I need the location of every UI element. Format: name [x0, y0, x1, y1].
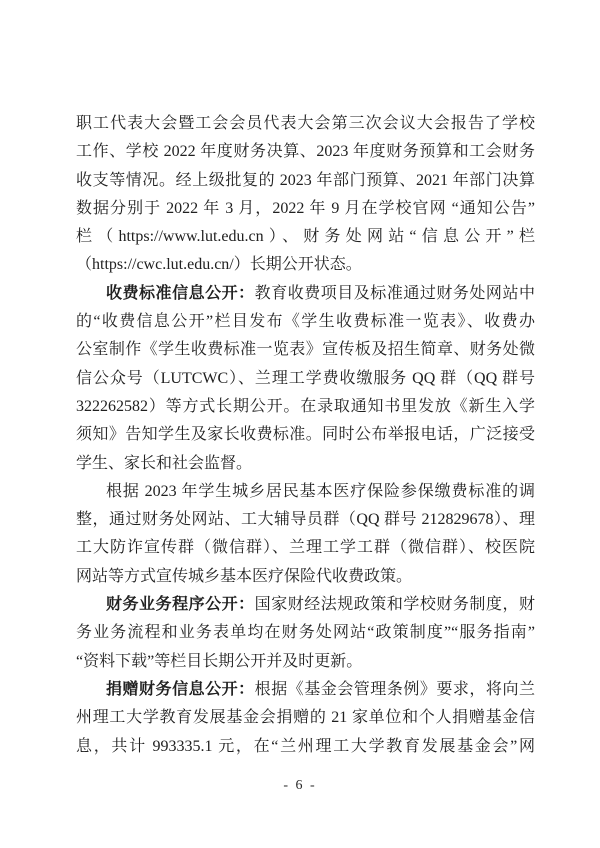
document-body: 职工代表大会暨工会会员代表大会第三次会议大会报告了学校工作、学校 2022 年度…	[76, 110, 535, 761]
text-line: 工作、学校 2022 年度财务决算、2023 年度财务预算和工会财务	[76, 138, 535, 166]
text-line: 信公众号（LUTCWC）、兰理工学费收缴服务 QQ 群（QQ 群号	[76, 365, 535, 393]
text-line: 务业务流程和业务表单均在财务处网站“政策制度”“服务指南”	[76, 619, 535, 647]
text-line: 收费标准信息公开：教育收费项目及标准通过财务处网站中	[76, 280, 535, 308]
text-line: 数据分别于 2022 年 3 月，2022 年 9 月在学校官网 “通知公告”	[76, 195, 535, 223]
text-line: 捐赠财务信息公开：根据《基金会管理条例》要求，将向兰	[76, 676, 535, 704]
paragraph-heading: 捐赠财务信息公开：	[106, 681, 255, 698]
text-line: 职工代表大会暨工会会员代表大会第三次会议大会报告了学校	[76, 110, 535, 138]
text-line: 公室制作《学生收费标准一览表》宣传板及招生简章、财务处微	[76, 336, 535, 364]
text-line: 栏（https://www.lut.edu.cn）、财务处网站“信息公开”栏	[76, 223, 535, 251]
text-line: 收支等情况。经上级批复的 2023 年部门预算、2021 年部门决算	[76, 167, 535, 195]
text-line: 的“收费信息公开”栏目发布《学生收费标准一览表》、收费办	[76, 308, 535, 336]
text-line: （https://cwc.lut.edu.cn/）长期公开状态。	[76, 251, 535, 279]
text-line: 学生、家长和社会监督。	[76, 450, 535, 478]
paragraph-heading: 收费标准信息公开：	[106, 285, 255, 302]
text-line: 州理工大学教育发展基金会捐赠的 21 家单位和个人捐赠基金信	[76, 704, 535, 732]
text-line: 整，通过财务处网站、工大辅导员群（QQ 群号 212829678）、理	[76, 506, 535, 534]
text-line: 根据 2023 年学生城乡居民基本医疗保险参保缴费标准的调	[76, 478, 535, 506]
text-line: 财务业务程序公开：国家财经法规政策和学校财务制度，财	[76, 591, 535, 619]
text-line: 网站等方式宣传城乡基本医疗保险代收费政策。	[76, 563, 535, 591]
text-line: 322262582）等方式长期公开。在录取通知书里发放《新生入学	[76, 393, 535, 421]
text-line: 须知》告知学生及家长收费标准。同时公布举报电话，广泛接受	[76, 421, 535, 449]
text-line: “资料下载”等栏目长期公开并及时更新。	[76, 648, 535, 676]
text-line: 工大防诈宣传群（微信群）、兰理工学工群（微信群）、校医院	[76, 534, 535, 562]
text-line: 息，共计 993335.1 元，在“兰州理工大学教育发展基金会”网	[76, 733, 535, 761]
paragraph-heading: 财务业务程序公开：	[106, 596, 255, 613]
document-page: 职工代表大会暨工会会员代表大会第三次会议大会报告了学校工作、学校 2022 年度…	[0, 0, 600, 848]
page-number: - 6 -	[0, 778, 600, 794]
